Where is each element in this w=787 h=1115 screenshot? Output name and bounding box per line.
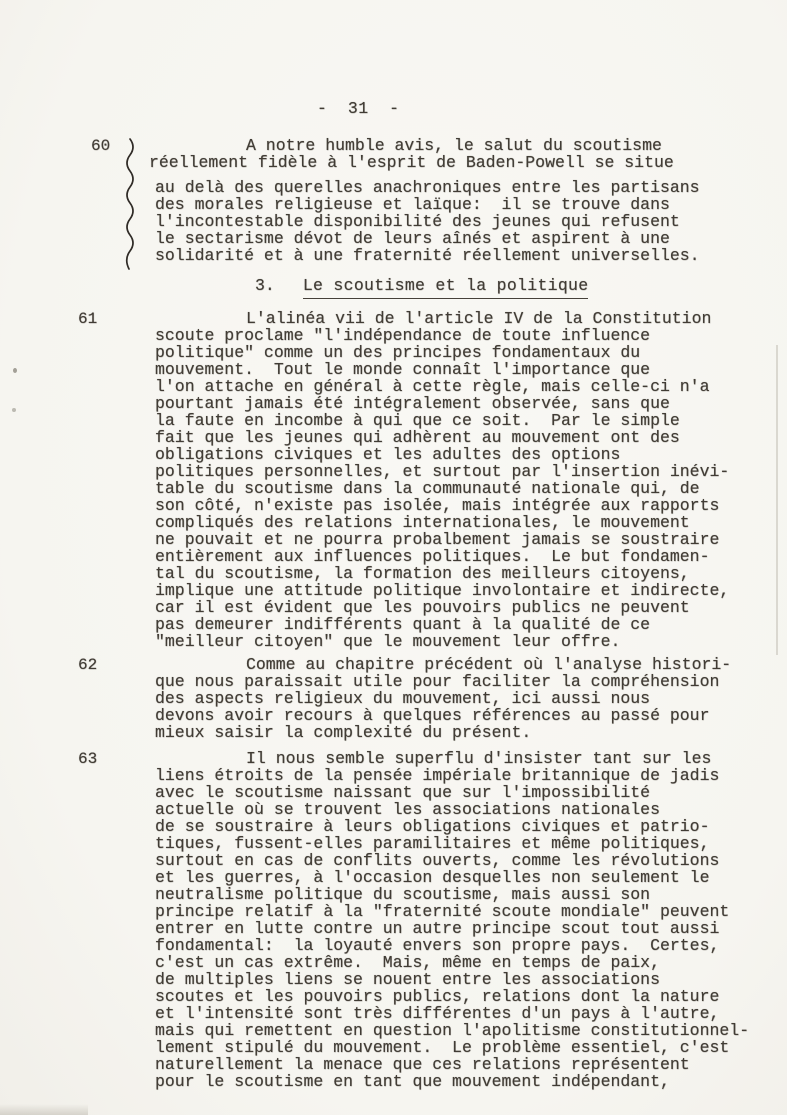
text-line: obligations civiques et les adultes des … bbox=[155, 446, 787, 463]
text-line: c'est un cas extrême. Mais, même en temp… bbox=[155, 954, 787, 971]
text-line: tiques, fussent-elles paramilitaires et … bbox=[155, 835, 787, 852]
scan-edge-artifact bbox=[776, 345, 778, 655]
text-line: le sectarisme dévot de leurs aînés et as… bbox=[155, 230, 787, 247]
corner-shadow bbox=[0, 1095, 88, 1115]
text-line: compliqués des relations internationales… bbox=[155, 514, 787, 531]
text-line: pour le scoutisme en tant que mouvement … bbox=[155, 1073, 787, 1090]
paragraph-number: 62 bbox=[78, 657, 97, 673]
text-line: l'on attache en général à cette règle, m… bbox=[155, 378, 787, 395]
text-line: entrer en lutte contre un autre principe… bbox=[155, 920, 787, 937]
text-line: Il nous semble superflu d'insister tant … bbox=[246, 750, 787, 767]
text-line: liens étroits de la pensée impériale bri… bbox=[155, 767, 787, 784]
text-line: naturellement la menace que ces relation… bbox=[155, 1056, 787, 1073]
text-line: tal du scoutisme, la formation des meill… bbox=[155, 565, 787, 582]
heading-title: Le scoutisme et la politique bbox=[303, 276, 589, 299]
page-number: - 31 - bbox=[317, 101, 399, 117]
text-line: L'alinéa vii de l'article IV de la Const… bbox=[246, 310, 787, 327]
text-line: la faute en incombe à qui que ce soit. P… bbox=[155, 412, 787, 429]
text-line: mouvement. Tout le monde connaît l'impor… bbox=[155, 361, 787, 378]
text-line: fait que les jeunes qui adhèrent au mouv… bbox=[155, 429, 787, 446]
text-line: fondamental: la loyauté envers son propr… bbox=[155, 937, 787, 954]
text-line: son côté, n'existe pas isolée, mais inté… bbox=[155, 497, 787, 514]
text-line: neutralisme politique du scoutisme, mais… bbox=[155, 886, 787, 903]
text-line: scoute proclame "l'indépendance de toute… bbox=[155, 327, 787, 344]
text-line: politiques personnelles, et surtout par … bbox=[155, 463, 787, 480]
text-line: avec le scoutisme naissant que sur l'imp… bbox=[155, 784, 787, 801]
text-line: scoutes et les pouvoirs publics, relatio… bbox=[155, 988, 787, 1005]
text-line: implique une attitude politique involont… bbox=[155, 582, 787, 599]
text-line: au delà des querelles anachroniques entr… bbox=[155, 179, 787, 196]
text-line: principe relatif à la "fraternité scoute… bbox=[155, 903, 787, 920]
text-line: car il est évident que les pouvoirs publ… bbox=[155, 599, 787, 616]
text-line: de se soustraire à leurs obligations civ… bbox=[155, 818, 787, 835]
wavy-margin-line-icon bbox=[120, 138, 138, 270]
text-line: actuelle où se trouvent les associations… bbox=[155, 801, 787, 818]
text-block: A notre humble avis, le salut du scoutis… bbox=[0, 137, 787, 171]
text-line: ne pouvait et ne pourra probalbement jam… bbox=[155, 531, 787, 548]
section-heading: 3.Le scoutisme et la politique bbox=[255, 277, 787, 296]
paragraph-61: 61L'alinéa vii de l'article IV de la Con… bbox=[0, 310, 787, 650]
paper-speck bbox=[12, 408, 16, 412]
text-line: de multiples liens se nouent entre les a… bbox=[155, 971, 787, 988]
text-line: A notre humble avis, le salut du scoutis… bbox=[246, 137, 787, 154]
text-line: mieux saisir la complexité du présent. bbox=[155, 724, 787, 741]
text-line: solidarité et à une fraternité réellemen… bbox=[155, 247, 787, 264]
text-line: surtout en cas de conflits ouverts, comm… bbox=[155, 852, 787, 869]
paragraph-number: 61 bbox=[78, 311, 97, 327]
paper-speck bbox=[13, 368, 17, 373]
paragraph-60: 60 A notre humble avis, le salut du scou… bbox=[0, 137, 787, 264]
text-line: des aspects religieux du mouvement, ici … bbox=[155, 690, 787, 707]
text-line: l'incontestable disponibilité des jeunes… bbox=[155, 213, 787, 230]
text-line: et l'intensité sont très différentes d'u… bbox=[155, 1005, 787, 1022]
text-line: mais qui remettent en question l'apoliti… bbox=[155, 1022, 787, 1039]
paragraph-number: 63 bbox=[78, 751, 97, 767]
heading-number: 3. bbox=[255, 276, 275, 295]
text-line: Comme au chapitre précédent où l'analyse… bbox=[246, 656, 787, 673]
text-line: politique" comme un des principes fondam… bbox=[155, 344, 787, 361]
text-line: devons avoir recours à quelques référenc… bbox=[155, 707, 787, 724]
text-line: que nous paraissait utile pour faciliter… bbox=[155, 673, 787, 690]
text-block: Comme au chapitre précédent où l'analyse… bbox=[0, 656, 787, 741]
paragraph-63: 63Il nous semble superflu d'insister tan… bbox=[0, 750, 787, 1090]
typewritten-document-page: - 31 - 60 A notre humble avis, le salut … bbox=[0, 0, 787, 1115]
text-line: pourtant jamais été intégralement observ… bbox=[155, 395, 787, 412]
text-line: lement stipulé du mouvement. Le problème… bbox=[155, 1039, 787, 1056]
text-line: pas demeurer indifférents quant à la qua… bbox=[155, 616, 787, 633]
text-line: réellement fidèle à l'esprit de Baden-Po… bbox=[149, 154, 787, 171]
paragraph-62: 62Comme au chapitre précédent où l'analy… bbox=[0, 656, 787, 741]
text-line: des morales religieuse et laïque: il se … bbox=[155, 196, 787, 213]
text-block: L'alinéa vii de l'article IV de la Const… bbox=[0, 310, 787, 650]
text-line: entièrement aux influences politiques. L… bbox=[155, 548, 787, 565]
text-block: au delà des querelles anachroniques entr… bbox=[0, 179, 787, 264]
paragraph-number: 60 bbox=[91, 138, 110, 154]
text-line: "meilleur citoyen" que le mouvement leur… bbox=[155, 633, 787, 650]
text-block: Il nous semble superflu d'insister tant … bbox=[0, 750, 787, 1090]
text-column: 60 A notre humble avis, le salut du scou… bbox=[0, 137, 787, 1090]
text-line: et les guerres, à l'occasion desquelles … bbox=[155, 869, 787, 886]
text-line: table du scoutisme dans la communauté na… bbox=[155, 480, 787, 497]
